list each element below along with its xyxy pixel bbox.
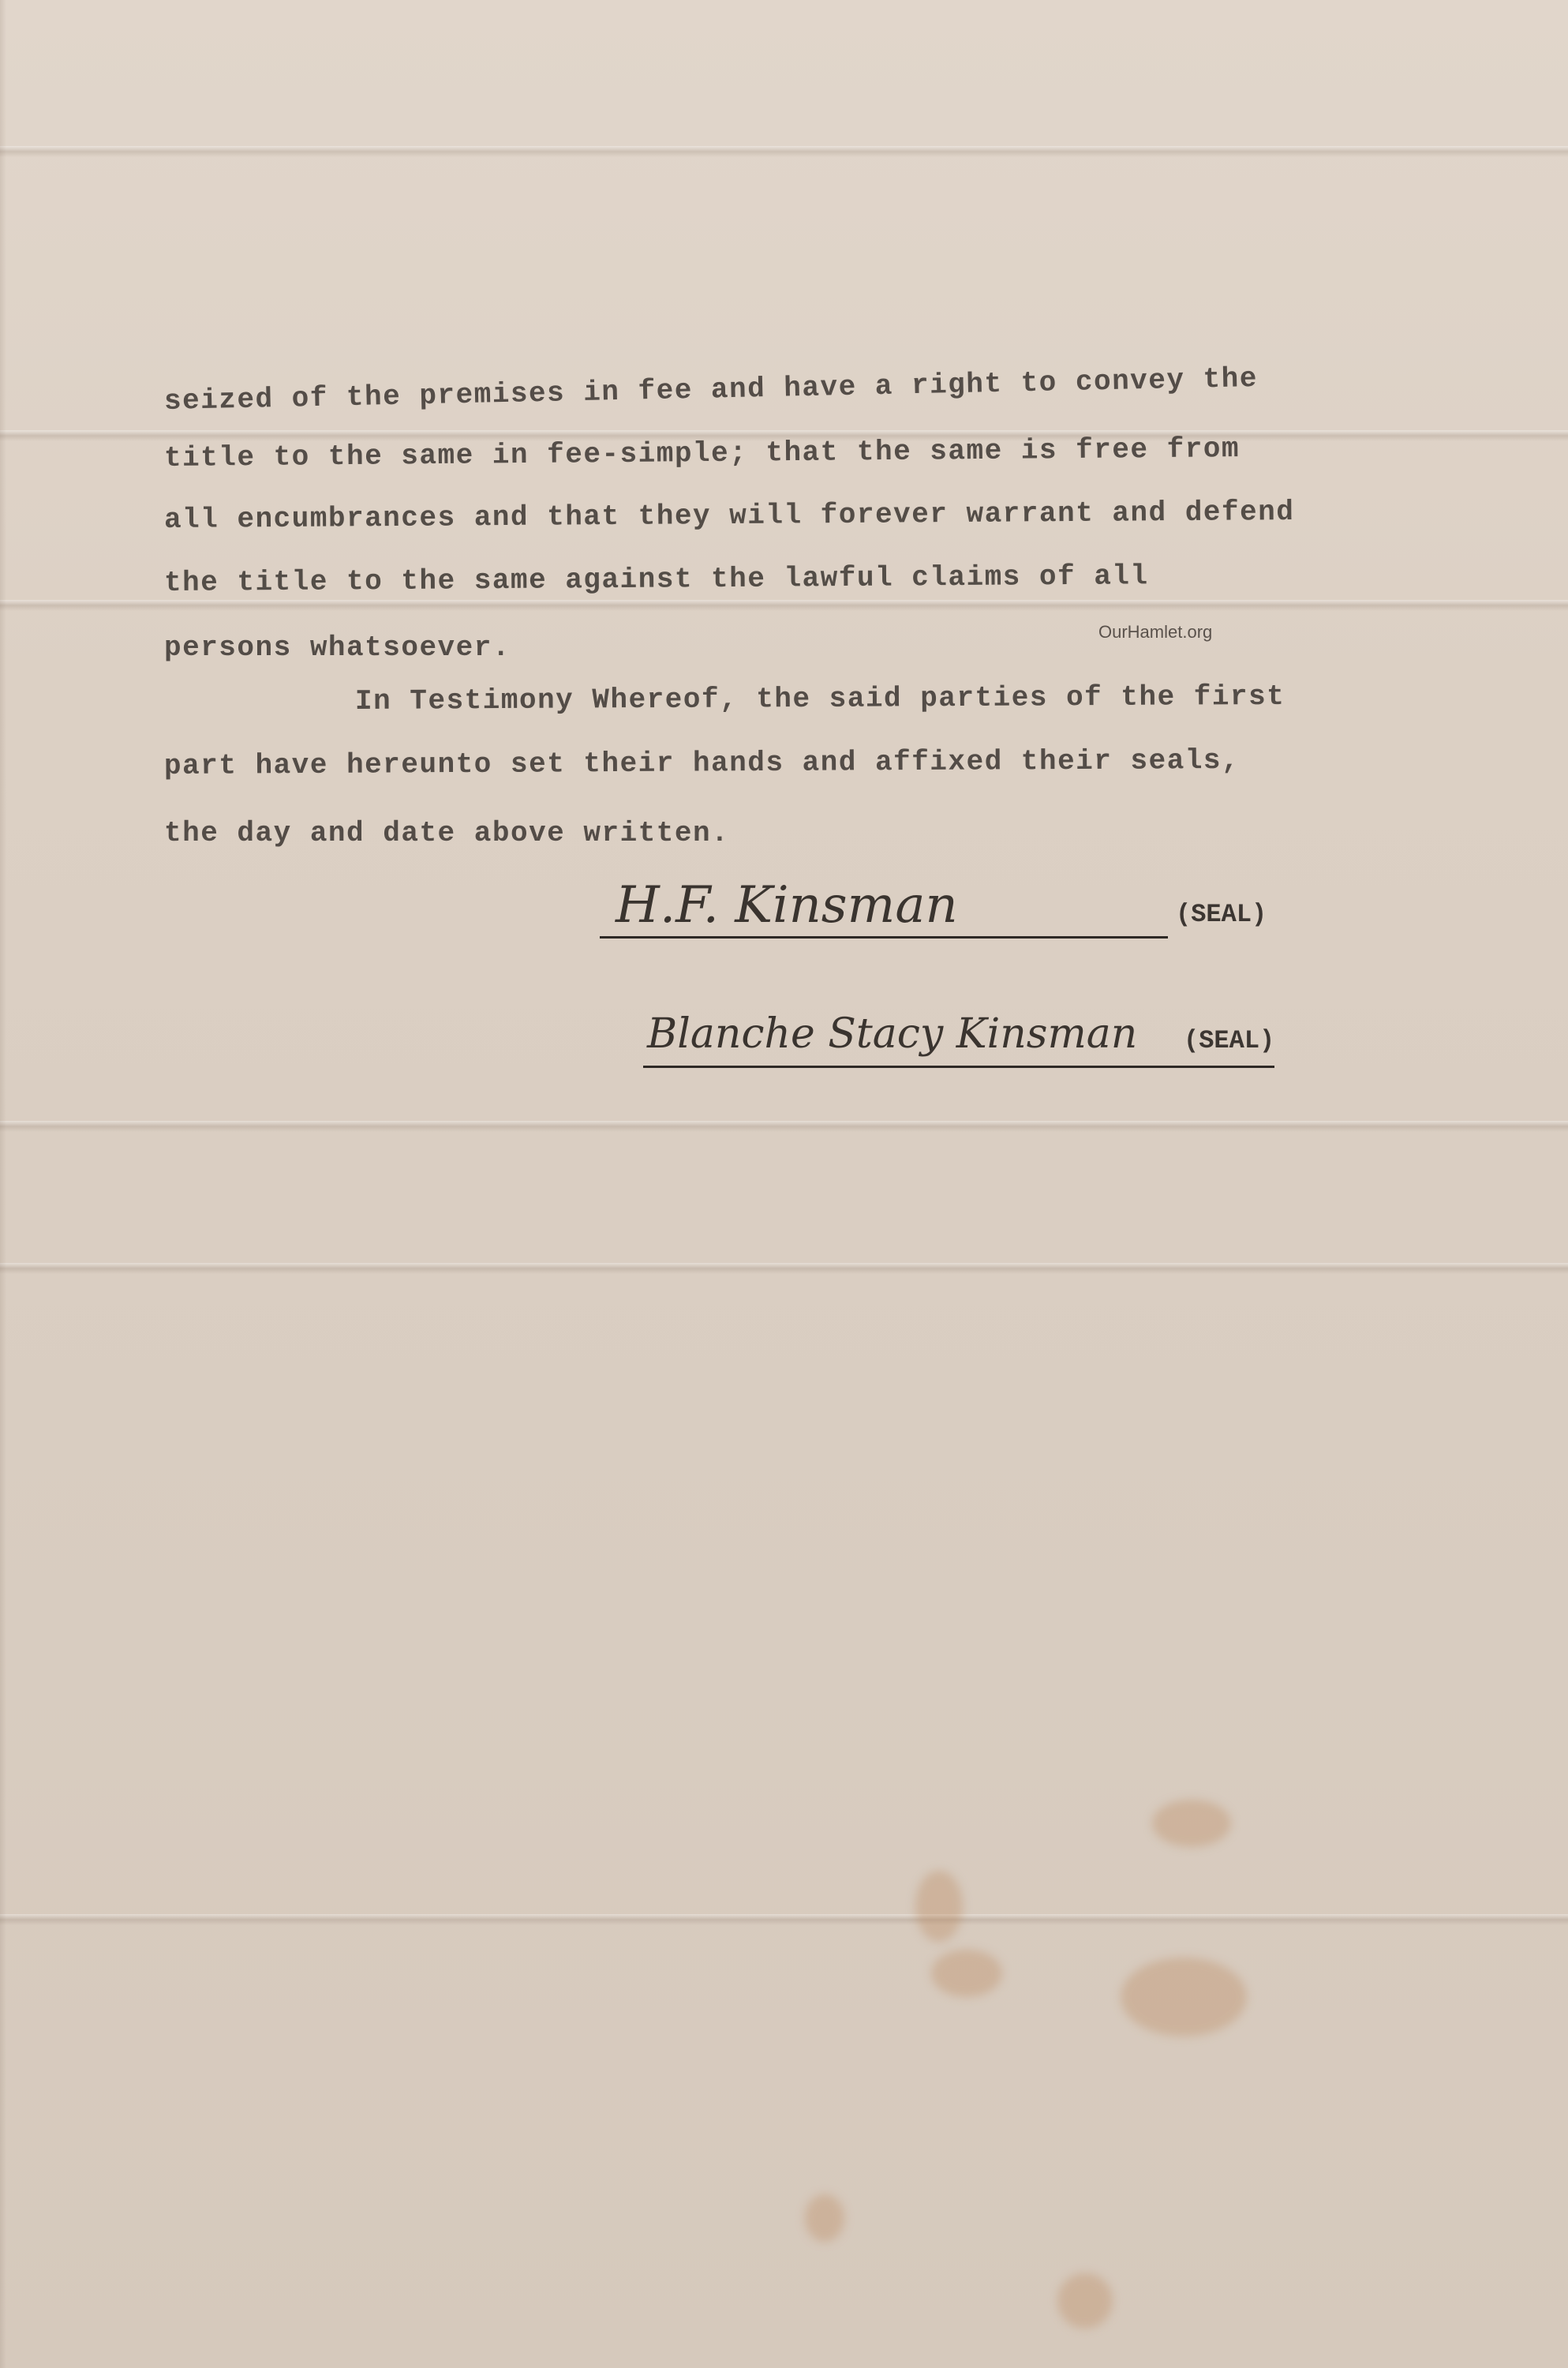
text-line: seized of the premises in fee and have a… <box>164 362 1259 418</box>
signature-line <box>600 936 1168 939</box>
stain <box>805 2194 844 2242</box>
paper-fold <box>0 1121 1568 1132</box>
text-line: In Testimony Whereof, the said parties o… <box>355 680 1285 718</box>
text-line: persons whatsoever. <box>164 631 511 664</box>
paper-fold <box>0 1263 1568 1274</box>
paper-fold <box>0 146 1568 157</box>
text-line: part have hereunto set their hands and a… <box>164 744 1240 782</box>
stain <box>1057 2273 1113 2329</box>
signature-blanche-kinsman: Blanche Stacy Kinsman <box>647 1010 1137 1058</box>
seal-label: (SEAL) <box>1184 1026 1274 1055</box>
stain <box>915 1871 963 1942</box>
text-line: the day and date above written. <box>164 817 729 849</box>
paper-fold <box>0 600 1568 611</box>
signature-line <box>643 1066 1274 1068</box>
signature-hf-kinsman: H.F. Kinsman <box>616 876 958 935</box>
text-line: all encumbrances and that they will fore… <box>164 496 1295 536</box>
watermark: OurHamlet.org <box>1098 622 1212 643</box>
stain <box>931 1950 1002 1997</box>
paper-fold <box>0 1914 1568 1925</box>
stain <box>1152 1800 1231 1847</box>
paper-edge <box>0 0 6 2368</box>
stain <box>1121 1958 1247 2036</box>
text-line: the title to the same against the lawful… <box>164 560 1149 599</box>
seal-label: (SEAL) <box>1176 900 1267 929</box>
